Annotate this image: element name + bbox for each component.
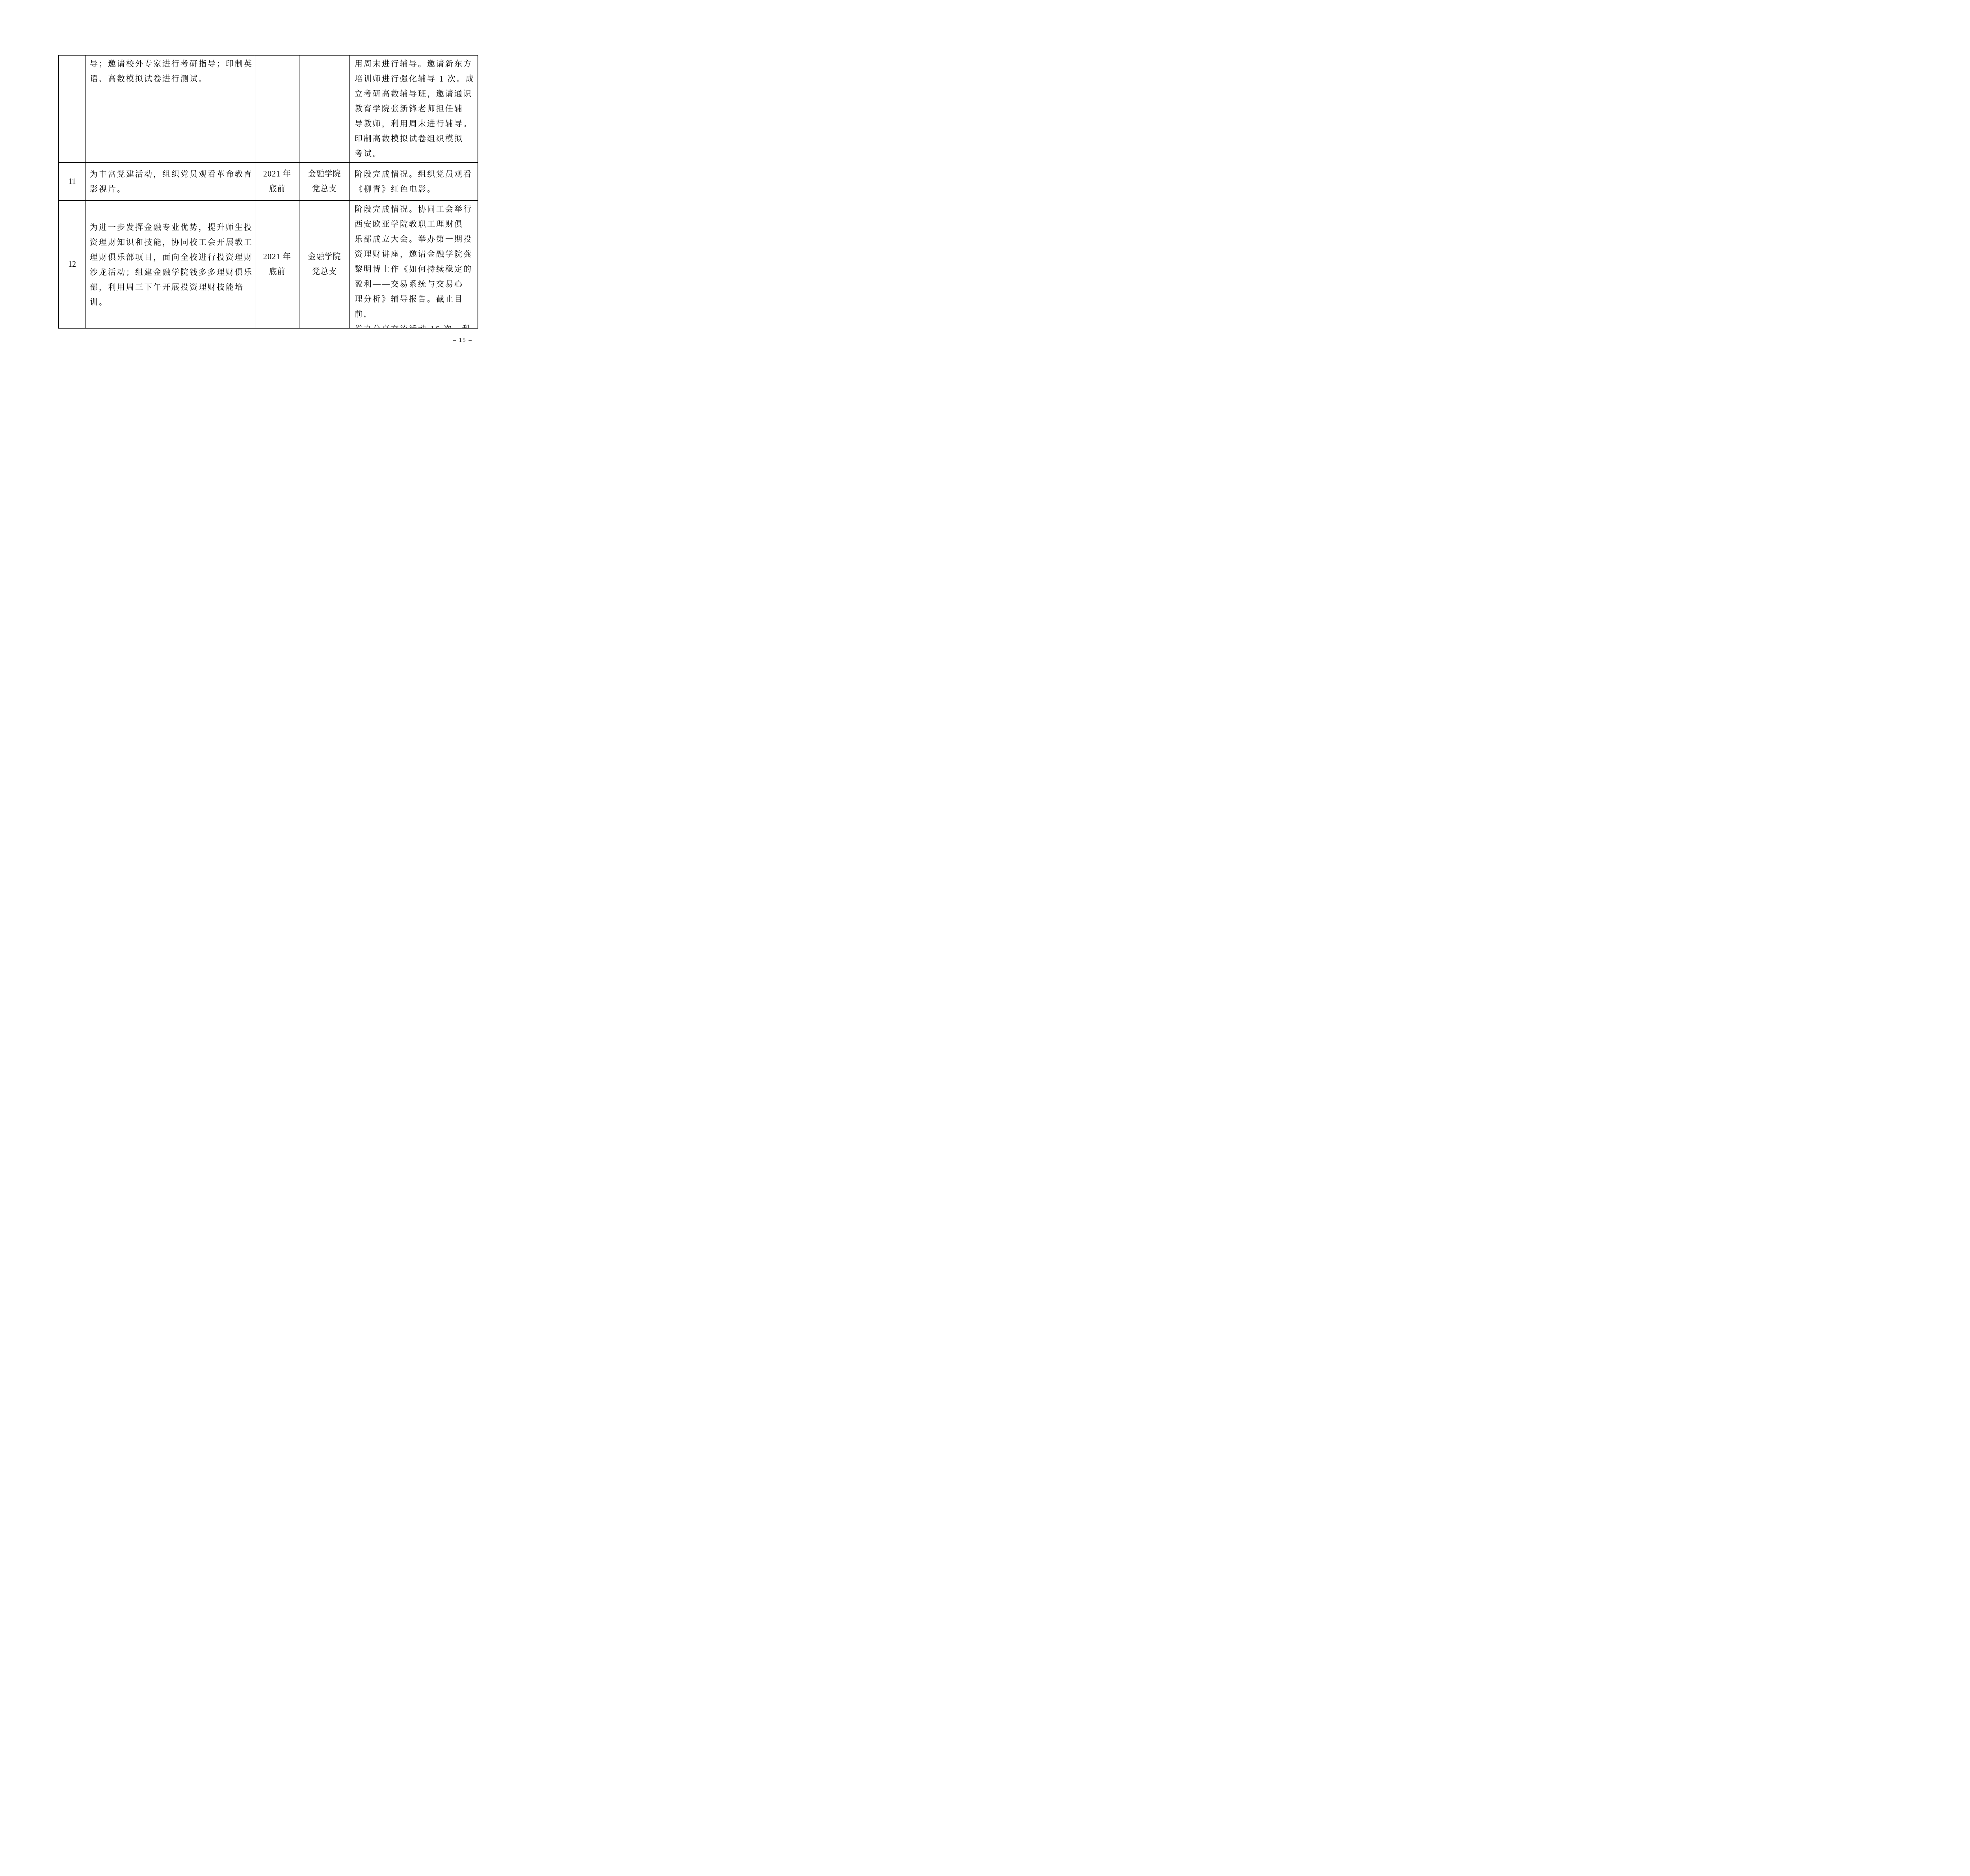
cell-unit: 金融学院 党总支 bbox=[299, 201, 350, 328]
status-text: 阶段完成情况。协同工会举行 西安欧亚学院教职工理财俱 乐部成立大会。举办第一期投… bbox=[355, 202, 477, 328]
cell-deadline bbox=[255, 56, 299, 163]
cell-deadline: 2021 年 底前 bbox=[255, 163, 299, 201]
cell-status: 用周末进行辅导。邀请新东方 培训师进行强化辅导 1 次。成 立考研高数辅导班，邀… bbox=[350, 56, 478, 163]
task-text: 为进一步发挥金融专业优势，提升师生投 资理财知识和技能，协同校工会开展教工 理财… bbox=[90, 220, 253, 310]
cell-deadline: 2021 年 底前 bbox=[255, 201, 299, 328]
cell-row-number: 12 bbox=[59, 201, 86, 328]
cell-row-number bbox=[59, 56, 86, 163]
cell-task: 为进一步发挥金融专业优势，提升师生投 资理财知识和技能，协同校工会开展教工 理财… bbox=[86, 201, 255, 328]
document-page: 导；邀请校外专家进行考研指导；印制英 语、高数模拟试卷进行测试。 用周末进行辅导… bbox=[0, 0, 531, 375]
cell-unit: 金融学院 党总支 bbox=[299, 163, 350, 201]
row-number: 12 bbox=[68, 257, 76, 272]
task-text: 为丰富党建活动，组织党员观看革命教育 影视片。 bbox=[90, 167, 253, 197]
cell-row-number: 11 bbox=[59, 163, 86, 201]
cell-unit bbox=[299, 56, 350, 163]
cell-status: 阶段完成情况。组织党员观看 《柳青》红色电影。 bbox=[350, 163, 478, 201]
status-text: 阶段完成情况。组织党员观看 《柳青》红色电影。 bbox=[355, 167, 472, 197]
deadline-text: 2021 年 底前 bbox=[263, 249, 291, 279]
cell-task: 导；邀请校外专家进行考研指导；印制英 语、高数模拟试卷进行测试。 bbox=[86, 56, 255, 163]
task-table: 导；邀请校外专家进行考研指导；印制英 语、高数模拟试卷进行测试。 用周末进行辅导… bbox=[58, 55, 478, 329]
cell-task: 为丰富党建活动，组织党员观看革命教育 影视片。 bbox=[86, 163, 255, 201]
status-text: 用周末进行辅导。邀请新东方 培训师进行强化辅导 1 次。成 立考研高数辅导班，邀… bbox=[355, 57, 475, 162]
cell-status: 阶段完成情况。协同工会举行 西安欧亚学院教职工理财俱 乐部成立大会。举办第一期投… bbox=[350, 201, 478, 328]
unit-text: 金融学院 党总支 bbox=[308, 167, 341, 197]
page-number: – 15 – bbox=[453, 337, 473, 344]
deadline-text: 2021 年 底前 bbox=[263, 167, 291, 197]
task-text: 导；邀请校外专家进行考研指导；印制英 语、高数模拟试卷进行测试。 bbox=[90, 57, 253, 87]
row-number: 11 bbox=[68, 174, 76, 189]
unit-text: 金融学院 党总支 bbox=[308, 249, 341, 279]
